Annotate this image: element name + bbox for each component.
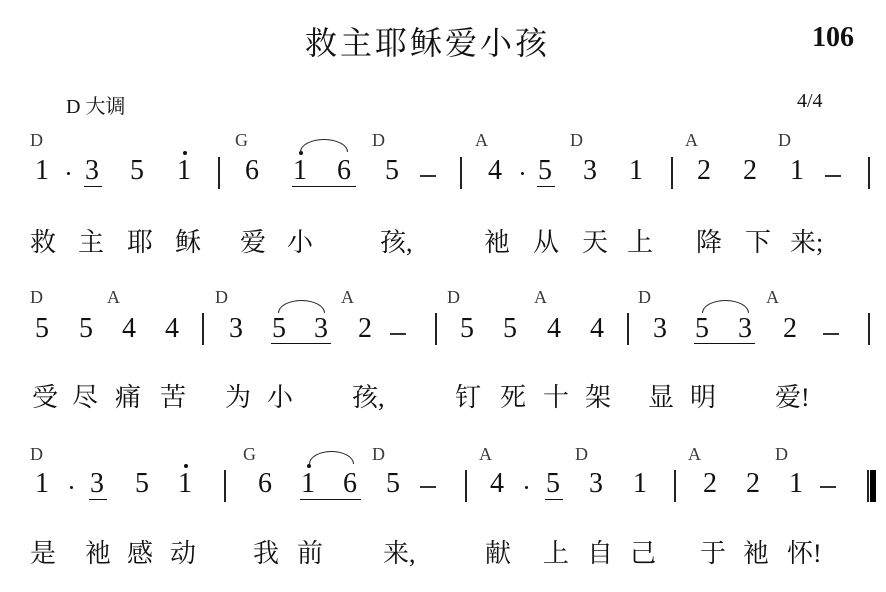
- bar-line: [671, 157, 673, 189]
- note: 5: [272, 313, 286, 345]
- lyric: 动: [170, 533, 196, 570]
- chord: D: [215, 287, 228, 308]
- note: 4: [488, 155, 502, 187]
- lyric: 小: [287, 222, 313, 259]
- hold-dash: [823, 333, 839, 335]
- chord: D: [570, 130, 583, 151]
- chord: D: [778, 130, 791, 151]
- bar-line: [218, 157, 220, 189]
- lyric: 衪: [743, 533, 769, 570]
- note: 5: [35, 313, 49, 345]
- final-bar-thick: [870, 470, 876, 502]
- lyric: 显: [648, 377, 674, 414]
- lyric: 痛: [115, 377, 141, 414]
- chord: A: [688, 444, 701, 465]
- note: 1: [293, 155, 307, 187]
- eighth-underline: [84, 186, 102, 187]
- hymn-number: 106: [812, 22, 854, 54]
- lyric: 我: [253, 533, 279, 570]
- chord: A: [479, 444, 492, 465]
- note: 3: [589, 468, 603, 500]
- chord: D: [775, 444, 788, 465]
- lyric: 爱: [240, 222, 266, 259]
- hold-dash: [420, 486, 436, 488]
- lyric: 己: [630, 533, 656, 570]
- lyric: 上: [543, 533, 569, 570]
- note: 4: [165, 313, 179, 345]
- eighth-underline: [292, 186, 356, 187]
- lyric: 死: [500, 377, 526, 414]
- note: 1: [177, 155, 191, 187]
- hold-dash: [420, 175, 436, 177]
- dotted-rhythm: [70, 486, 73, 489]
- lyric: 为: [225, 377, 251, 414]
- high-octave-dot: [183, 151, 187, 155]
- lyric: 从: [533, 222, 559, 259]
- note: 5: [538, 155, 552, 187]
- note: 6: [343, 468, 357, 500]
- hold-dash: [390, 333, 406, 335]
- lyric: 下: [745, 222, 771, 259]
- chord: A: [685, 130, 698, 151]
- high-octave-dot: [307, 464, 311, 468]
- high-octave-dot: [184, 464, 188, 468]
- dotted-rhythm: [521, 172, 524, 175]
- note: 4: [547, 313, 561, 345]
- lyric: 来;: [790, 222, 823, 259]
- slur: [278, 300, 325, 313]
- bar-line: [460, 157, 462, 189]
- chord: D: [372, 130, 385, 151]
- chord: D: [30, 444, 43, 465]
- hymn-title: 救主耶稣爱小孩: [305, 18, 550, 64]
- chord: A: [107, 287, 120, 308]
- lyric: 献: [485, 533, 511, 570]
- hold-dash: [820, 486, 836, 488]
- hold-dash: [825, 175, 841, 177]
- note: 5: [79, 313, 93, 345]
- lyric: 钉: [455, 377, 481, 414]
- note: 1: [629, 155, 643, 187]
- note: 2: [746, 468, 760, 500]
- chord: A: [475, 130, 488, 151]
- lyric: 爱!: [775, 377, 810, 414]
- note: 3: [314, 313, 328, 345]
- lyric: 耶: [127, 222, 153, 259]
- eighth-underline: [694, 343, 755, 344]
- lyric: 衪: [85, 533, 111, 570]
- bar-line: [435, 313, 437, 345]
- note: 1: [790, 155, 804, 187]
- lyric: 十: [543, 377, 569, 414]
- note: 3: [738, 313, 752, 345]
- note: 5: [130, 155, 144, 187]
- bar-line: [868, 313, 870, 345]
- note: 3: [229, 313, 243, 345]
- note: 5: [386, 468, 400, 500]
- bar-line: [627, 313, 629, 345]
- key-signature: D 大调: [66, 90, 125, 119]
- note: 3: [90, 468, 104, 500]
- lyric: 是: [30, 533, 56, 570]
- chord: D: [30, 130, 43, 151]
- slur: [309, 451, 354, 464]
- note: 5: [135, 468, 149, 500]
- lyric: 架: [585, 377, 611, 414]
- note: 1: [301, 468, 315, 500]
- note: 1: [789, 468, 803, 500]
- lyric: 孩,: [380, 222, 413, 259]
- chord: D: [372, 444, 385, 465]
- eighth-underline: [545, 499, 563, 500]
- eighth-underline: [537, 186, 555, 187]
- slur: [702, 300, 749, 313]
- final-bar-thin: [867, 470, 869, 502]
- dotted-rhythm: [67, 172, 70, 175]
- bar-line: [224, 470, 226, 502]
- lyric: 尽: [72, 377, 98, 414]
- lyric: 来,: [383, 533, 416, 570]
- chord: A: [766, 287, 779, 308]
- lyric: 前: [297, 533, 323, 570]
- lyric: 小: [267, 377, 293, 414]
- note: 2: [783, 313, 797, 345]
- chord: D: [447, 287, 460, 308]
- lyric: 救: [30, 222, 56, 259]
- lyric: 怀!: [787, 533, 822, 570]
- note: 5: [385, 155, 399, 187]
- note: 4: [490, 468, 504, 500]
- bar-line: [202, 313, 204, 345]
- note: 2: [703, 468, 717, 500]
- lyric: 天: [582, 222, 608, 259]
- chord: D: [638, 287, 651, 308]
- note: 2: [697, 155, 711, 187]
- eighth-underline: [271, 343, 331, 344]
- lyric: 受: [32, 377, 58, 414]
- note: 6: [258, 468, 272, 500]
- lyric: 于: [700, 533, 726, 570]
- note: 6: [337, 155, 351, 187]
- note: 1: [35, 468, 49, 500]
- lyric: 孩,: [352, 377, 385, 414]
- eighth-underline: [300, 499, 361, 500]
- lyric: 衪: [484, 222, 510, 259]
- lyric: 自: [587, 533, 613, 570]
- note: 5: [695, 313, 709, 345]
- note: 5: [503, 313, 517, 345]
- note: 3: [653, 313, 667, 345]
- bar-line: [674, 470, 676, 502]
- note: 6: [245, 155, 259, 187]
- bar-line: [868, 157, 870, 189]
- note: 5: [546, 468, 560, 500]
- lyric: 上: [627, 222, 653, 259]
- bar-line: [465, 470, 467, 502]
- note: 2: [358, 313, 372, 345]
- note: 5: [460, 313, 474, 345]
- chord: A: [341, 287, 354, 308]
- note: 4: [590, 313, 604, 345]
- chord: D: [575, 444, 588, 465]
- chord: G: [235, 130, 248, 151]
- note: 3: [85, 155, 99, 187]
- slur: [300, 139, 348, 152]
- chord: G: [243, 444, 256, 465]
- lyric: 感: [127, 533, 153, 570]
- lyric: 稣: [175, 222, 201, 259]
- note: 1: [633, 468, 647, 500]
- lyric: 明: [690, 377, 716, 414]
- note: 1: [178, 468, 192, 500]
- dotted-rhythm: [525, 486, 528, 489]
- chord: A: [534, 287, 547, 308]
- note: 4: [122, 313, 136, 345]
- chord: D: [30, 287, 43, 308]
- lyric: 降: [696, 222, 722, 259]
- lyric: 苦: [160, 377, 186, 414]
- note: 2: [743, 155, 757, 187]
- time-signature: 4/4: [797, 90, 823, 113]
- lyric: 主: [78, 222, 104, 259]
- eighth-underline: [89, 499, 107, 500]
- note: 3: [583, 155, 597, 187]
- note: 1: [35, 155, 49, 187]
